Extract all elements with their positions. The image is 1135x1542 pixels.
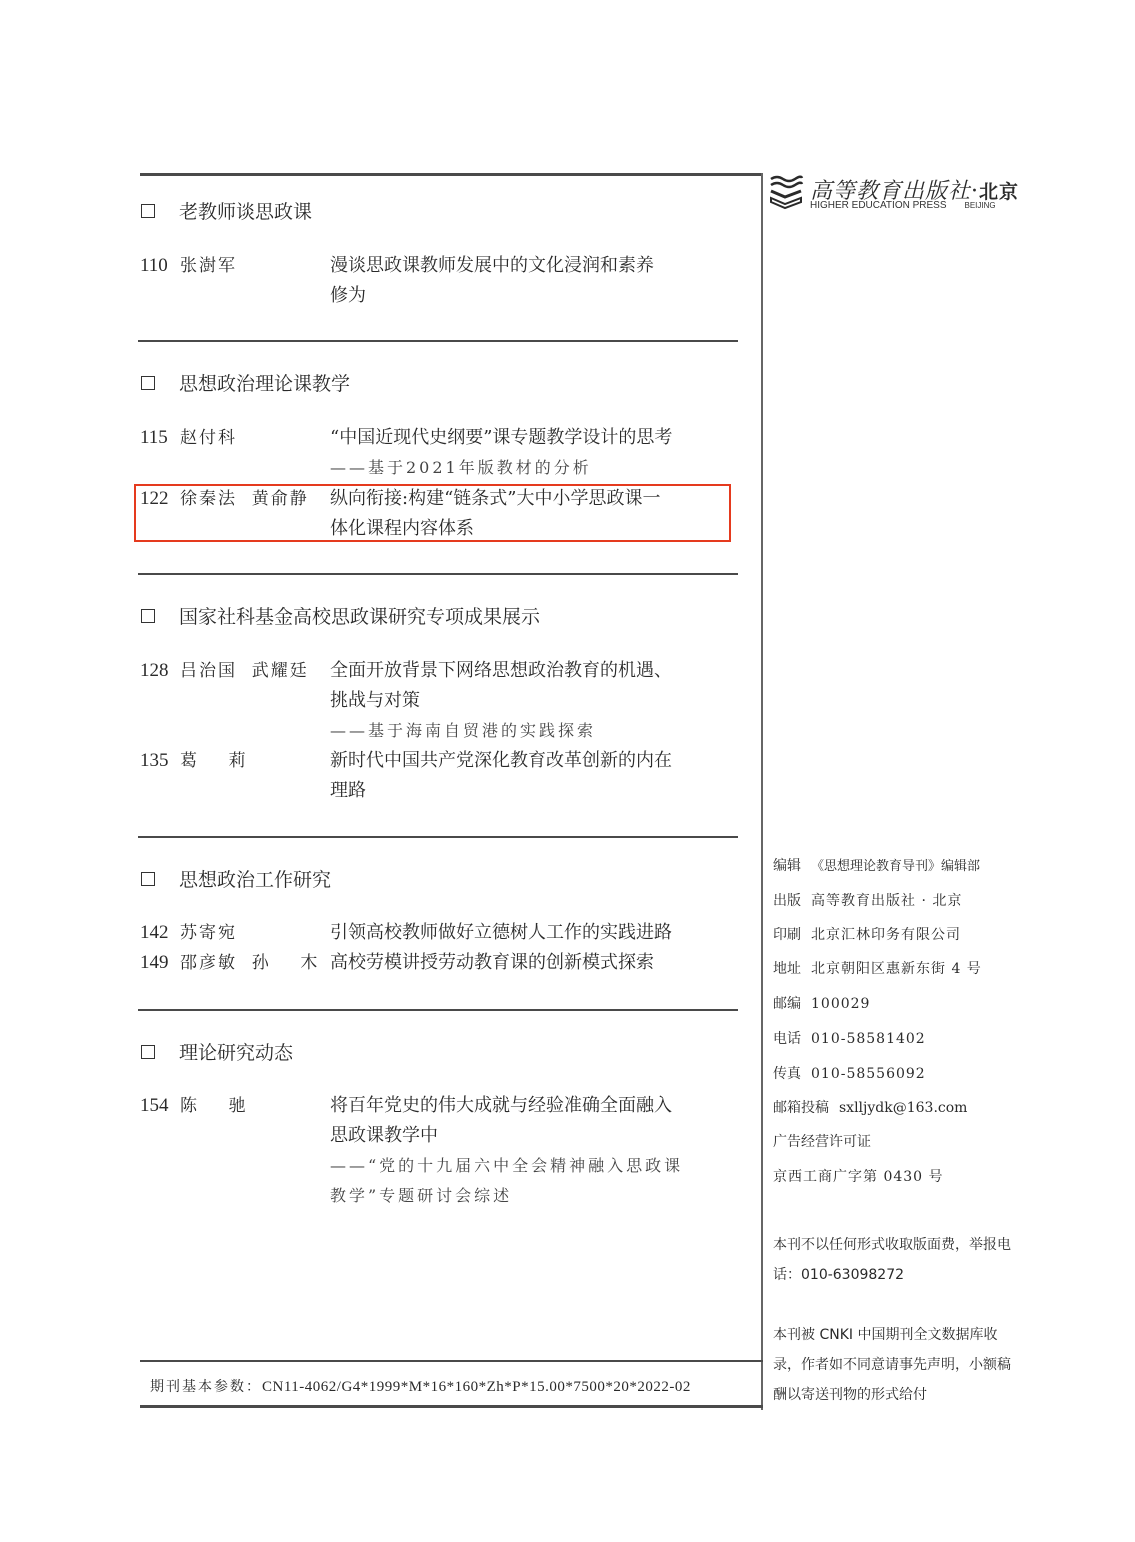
higher-education-press-logo-icon: [768, 174, 804, 210]
info-printer: 印刷北京汇林印务有限公司: [773, 924, 961, 944]
info-publisher: 出版高等教育出版社 · 北京: [773, 890, 962, 910]
square-bullet-icon: [141, 1045, 155, 1059]
article-title: 引领高校教师做好立德树人工作的实践进路: [330, 918, 730, 948]
publisher-name-en: HIGHER EDUCATION PRESSBEIJING: [810, 200, 996, 211]
journal-params: 期刊基本参数：CN11-4062/G4*1999*M*16*160*Zh*P*1…: [150, 1376, 691, 1396]
params-bottom-rule: [140, 1405, 763, 1408]
info-ad-license-label: 广告经营许可证: [773, 1131, 881, 1151]
cnki-notice: 本刊被 CNKI 中国期刊全文数据库收录，作者如不同意请事先声明，小额稿酬以寄送…: [773, 1320, 1013, 1410]
author: 吕治国 武耀廷: [180, 656, 309, 686]
article-subtitle: 教学”专题研讨会综述: [330, 1181, 730, 1211]
article-title: “中国近现代史纲要”课专题教学设计的思考 ——基于2021年版教材的分析: [330, 423, 730, 483]
article-title: 高校劳模讲授劳动教育课的创新模式探索: [330, 948, 730, 978]
top-rule: [140, 173, 763, 176]
info-email: 邮箱投稿sxlljydk@163.com: [773, 1097, 967, 1117]
article-title: 漫谈思政课教师发展中的文化浸润和素养 修为: [330, 251, 730, 311]
fee-notice: 本刊不以任何形式收取版面费，举报电话：010-63098272: [773, 1230, 1013, 1290]
article-title: 新时代中国共产党深化教育改革创新的内在 理路: [330, 746, 730, 806]
section-heading: 老教师谈思政课: [141, 197, 312, 224]
page-number: 128: [140, 656, 169, 686]
author: 苏寄宛: [180, 918, 237, 948]
author: 赵付科: [180, 423, 237, 453]
page-number: 149: [140, 948, 169, 978]
page-number: 110: [140, 251, 168, 281]
section-divider: [138, 836, 738, 838]
article-subtitle: ——基于2021年版教材的分析: [330, 453, 730, 483]
author: 徐秦法 黄俞静: [180, 484, 309, 514]
page-number: 135: [140, 746, 169, 776]
section-heading: 国家社科基金高校思政课研究专项成果展示: [141, 602, 540, 629]
article-title: 全面开放背景下网络思想政治教育的机遇、 挑战与对策 ——基于海南自贸港的实践探索: [330, 656, 730, 746]
article-title: 将百年党史的伟大成就与经验准确全面融入 思政课教学中 ——“党的十九届六中全会精…: [330, 1091, 730, 1211]
page-number: 122: [140, 484, 169, 514]
info-phone: 电话010-58581402: [773, 1028, 926, 1048]
article-subtitle: ——“党的十九届六中全会精神融入思政课: [330, 1151, 730, 1181]
column-divider: [761, 173, 763, 1410]
section-heading: 思想政治工作研究: [141, 865, 331, 892]
page-number: 115: [140, 423, 168, 453]
article-subtitle: ——基于海南自贸港的实践探索: [330, 716, 730, 746]
section-divider: [138, 1009, 738, 1011]
info-fax: 传真010-58556092: [773, 1063, 926, 1083]
square-bullet-icon: [141, 872, 155, 886]
author: 葛 莉: [180, 746, 248, 776]
email-link[interactable]: sxlljydk@163.com: [839, 1100, 967, 1116]
article-title: 纵向衔接:构建“链条式”大中小学思政课一 体化课程内容体系: [330, 484, 730, 544]
section-heading: 思想政治理论课教学: [141, 369, 350, 396]
info-editor: 编辑《思想理论教育导刊》编辑部: [773, 855, 980, 875]
page-number: 154: [140, 1091, 169, 1121]
author: 邵彦敏 孙 木: [180, 948, 319, 978]
section-divider: [138, 573, 738, 575]
square-bullet-icon: [141, 376, 155, 390]
params-top-rule: [140, 1360, 763, 1362]
info-ad-license-value: 京西工商广字第 0430 号: [773, 1166, 944, 1186]
square-bullet-icon: [141, 204, 155, 218]
author: 陈 驰: [180, 1091, 248, 1121]
section-divider: [138, 340, 738, 342]
square-bullet-icon: [141, 609, 155, 623]
section-heading: 理论研究动态: [141, 1038, 293, 1065]
info-postcode: 邮编100029: [773, 993, 870, 1013]
info-address: 地址北京朝阳区惠新东街 4 号: [773, 958, 982, 978]
page-number: 142: [140, 918, 169, 948]
author: 张澍军: [180, 251, 237, 281]
